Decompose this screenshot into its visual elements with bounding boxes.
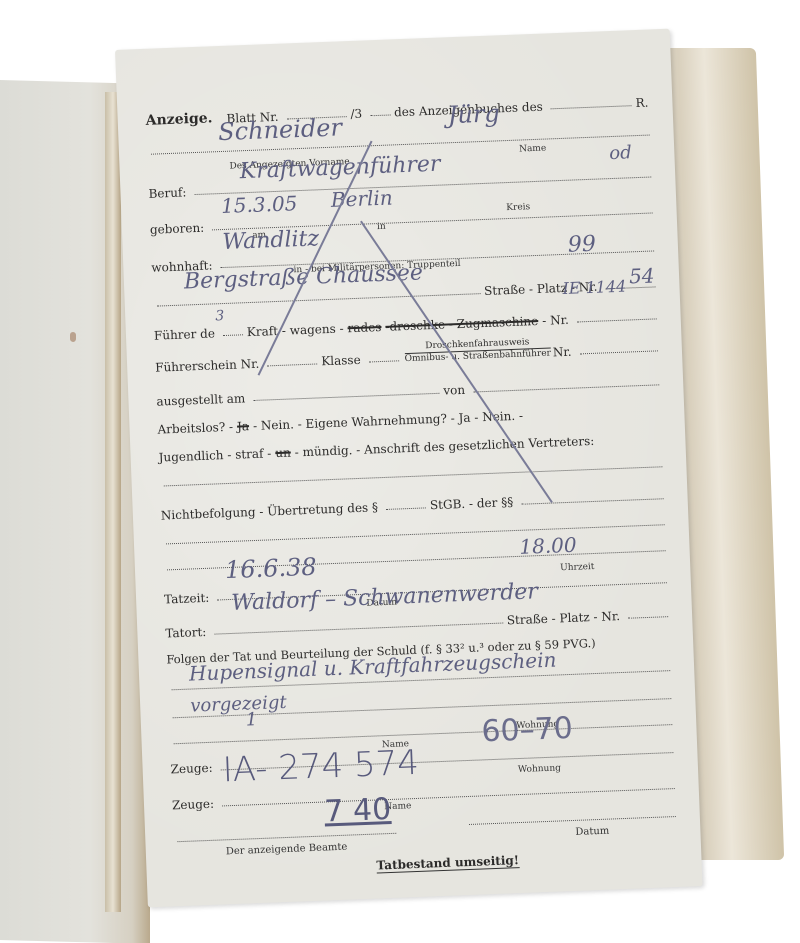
blatt-dots <box>370 114 390 116</box>
hw-fuehrer-klasse: 3 <box>215 308 225 324</box>
datum-caption-bottom: Datum <box>575 826 609 838</box>
tatort-label: Tatort: <box>165 625 206 641</box>
klasse-label: Klasse <box>321 353 361 369</box>
zeuge-label-1: Zeuge: <box>170 761 213 777</box>
jugendlich-prefix: Jugendlich - straf - <box>158 446 271 464</box>
geboren-label: geboren: <box>150 221 205 237</box>
hw-geboren-am: 15.3.05 <box>221 191 298 218</box>
name-caption: Name <box>519 144 546 155</box>
fuehrerschein-label: Führerschein Nr. <box>155 357 260 375</box>
zeuge-label-2: Zeuge: <box>172 797 215 813</box>
hw-strasse-nr: 99 <box>567 232 596 258</box>
form-page: Anzeige. Blatt Nr. /3 des Anzeigenbuches… <box>115 29 703 908</box>
arbeitslos-label: Arbeitslos? - <box>157 420 233 437</box>
in-caption: in <box>377 222 386 232</box>
ausgestellt-label: ausgestellt am <box>156 391 245 408</box>
paragraph-field[interactable] <box>386 507 426 510</box>
ausgestellt-field[interactable] <box>253 393 439 401</box>
form-title: Anzeige. <box>145 110 212 129</box>
wohnung-caption-2: Wohnung <box>518 763 561 775</box>
beamte-row <box>173 816 401 847</box>
uhrzeit-caption: Uhrzeit <box>560 562 595 573</box>
ja-struck: Ja <box>237 419 249 433</box>
fuehrer-rades: rades <box>347 320 381 335</box>
book-spine <box>105 92 121 912</box>
datum-row <box>464 799 680 829</box>
hw-tatzeit-uhrzeit: 18.00 <box>519 533 577 559</box>
droschken-fraction: Droschkenfahrausweis Omnibus- u. Straßen… <box>404 337 551 366</box>
tatzeit-label: Tatzeit: <box>164 591 210 607</box>
fahrzeug-nr-field[interactable] <box>577 318 657 322</box>
hw-zeuge-range: 60–70 <box>481 711 574 749</box>
fuehrer-droschke: -droschke - Zugmaschine <box>385 314 538 334</box>
hw-wohnhaft: Wandlitz <box>222 226 319 255</box>
stgb-label: StGB. - der §§ <box>430 495 514 512</box>
hw-zeuge-number: IA- 274 574 <box>222 743 420 791</box>
fuehrer-prefix: Führer de <box>154 326 215 342</box>
un-struck: un <box>275 446 291 461</box>
beamte-field[interactable] <box>177 833 396 842</box>
fuehrer-nr: - Nr. <box>542 313 569 328</box>
fuehrer-kraft: Kraft - wagens - <box>247 321 344 339</box>
hw-beruf-suffix: od <box>609 142 632 164</box>
hw-fahrzeug-suffix: 54 <box>629 263 655 288</box>
beamte-caption: Der anzeigende Beamte <box>226 842 348 858</box>
tatort-strasse: Straße - Platz - Nr. <box>507 609 621 627</box>
hw-folgen-2: vorgezeigt <box>190 692 287 717</box>
anzeigenbuch-suffix: R. <box>635 96 648 110</box>
hw-folgen-3: 1 <box>245 709 257 730</box>
beruf-label: Beruf: <box>148 185 186 200</box>
datum-field[interactable] <box>469 816 676 825</box>
nr-label: Nr. <box>553 345 572 360</box>
footer-note: Tatbestand umseitig! <box>376 853 519 873</box>
hw-fahrzeug-nr: IE 1144 <box>562 277 626 298</box>
blatt-value: /3 <box>350 107 362 121</box>
fuehrer-klasse-field[interactable] <box>223 334 243 336</box>
anzeigenbuch-field[interactable] <box>551 105 632 109</box>
hw-vorname: Schneider <box>218 113 343 146</box>
tatort-nr-field[interactable] <box>628 616 668 619</box>
hw-tatzeit-datum: 16.6.38 <box>225 553 318 584</box>
ausweis-nr-field[interactable] <box>580 350 658 354</box>
kreis-caption: Kreis <box>506 202 530 213</box>
fuehrerschein-field[interactable] <box>267 363 317 366</box>
strasse-field[interactable] <box>157 293 480 306</box>
klasse-field[interactable] <box>369 360 399 362</box>
von-field[interactable] <box>473 384 659 392</box>
von-label: von <box>443 383 465 398</box>
hw-name: Jürg <box>447 99 500 129</box>
paragraphs-field[interactable] <box>521 498 663 504</box>
